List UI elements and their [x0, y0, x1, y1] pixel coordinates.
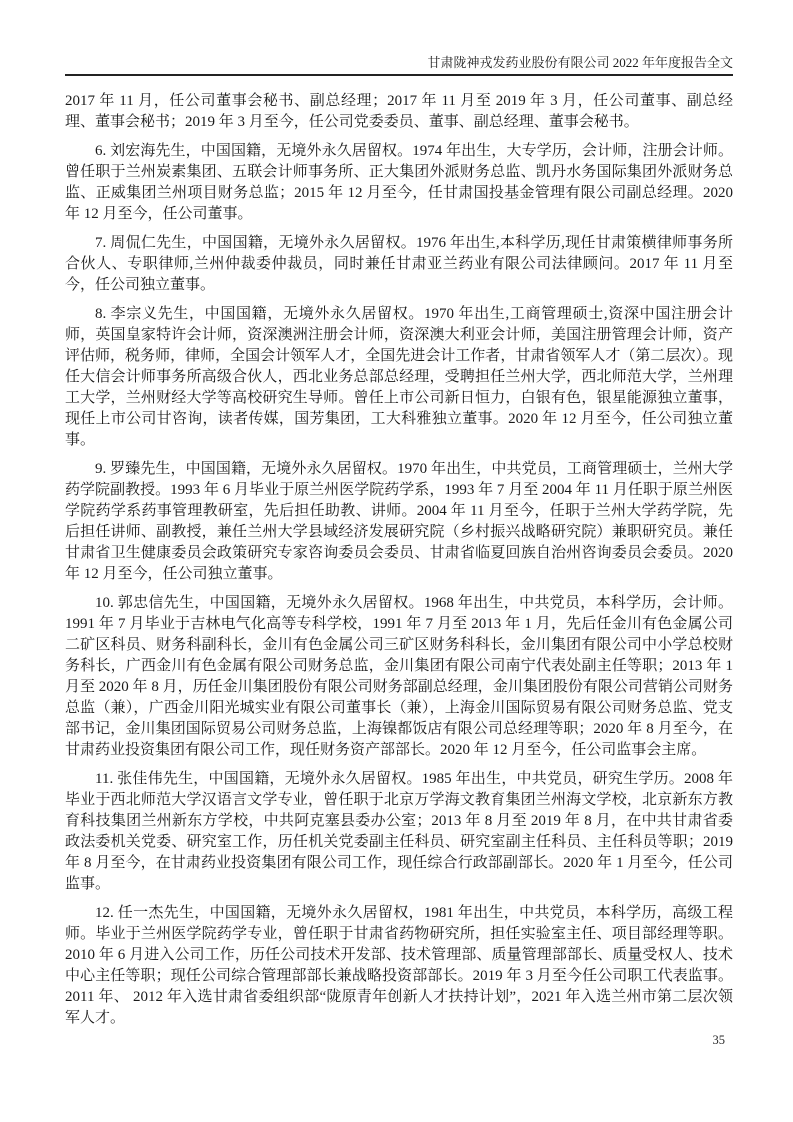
- paragraph: 8. 李宗义先生，中国国籍，无境外永久居留权。1970 年出生,工商管理硕士,资…: [65, 304, 733, 451]
- document-body: 2017 年 11 月，任公司董事会秘书、副总经理；2017 年 11 月至 2…: [65, 91, 733, 1029]
- paragraph: 11. 张佳伟先生，中国国籍，无境外永久居留权。1985 年出生，中共党员，研究…: [65, 769, 733, 895]
- paragraph: 7. 周侃仁先生，中国国籍，无境外永久居留权。1976 年出生,本科学历,现任甘…: [65, 233, 733, 296]
- paragraph: 2017 年 11 月，任公司董事会秘书、副总经理；2017 年 11 月至 2…: [65, 91, 733, 133]
- page-header-title: 甘肃陇神戎发药业股份有限公司 2022 年年度报告全文: [65, 54, 733, 76]
- paragraph: 12. 任一杰先生，中国国籍，无境外永久居留权，1981 年出生，中共党员，本科…: [65, 903, 733, 1029]
- report-page: 甘肃陇神戎发药业股份有限公司 2022 年年度报告全文 2017 年 11 月，…: [0, 0, 793, 1122]
- page-number: 35: [713, 1033, 726, 1048]
- paragraph: 9. 罗臻先生，中国国籍，无境外永久居留权。1970 年出生，中共党员，工商管理…: [65, 459, 733, 585]
- paragraph: 10. 郭忠信先生，中国国籍，无境外永久居留权。1968 年出生，中共党员，本科…: [65, 593, 733, 761]
- paragraph: 6. 刘宏海先生，中国国籍，无境外永久居留权。1974 年出生，大专学历，会计师…: [65, 141, 733, 225]
